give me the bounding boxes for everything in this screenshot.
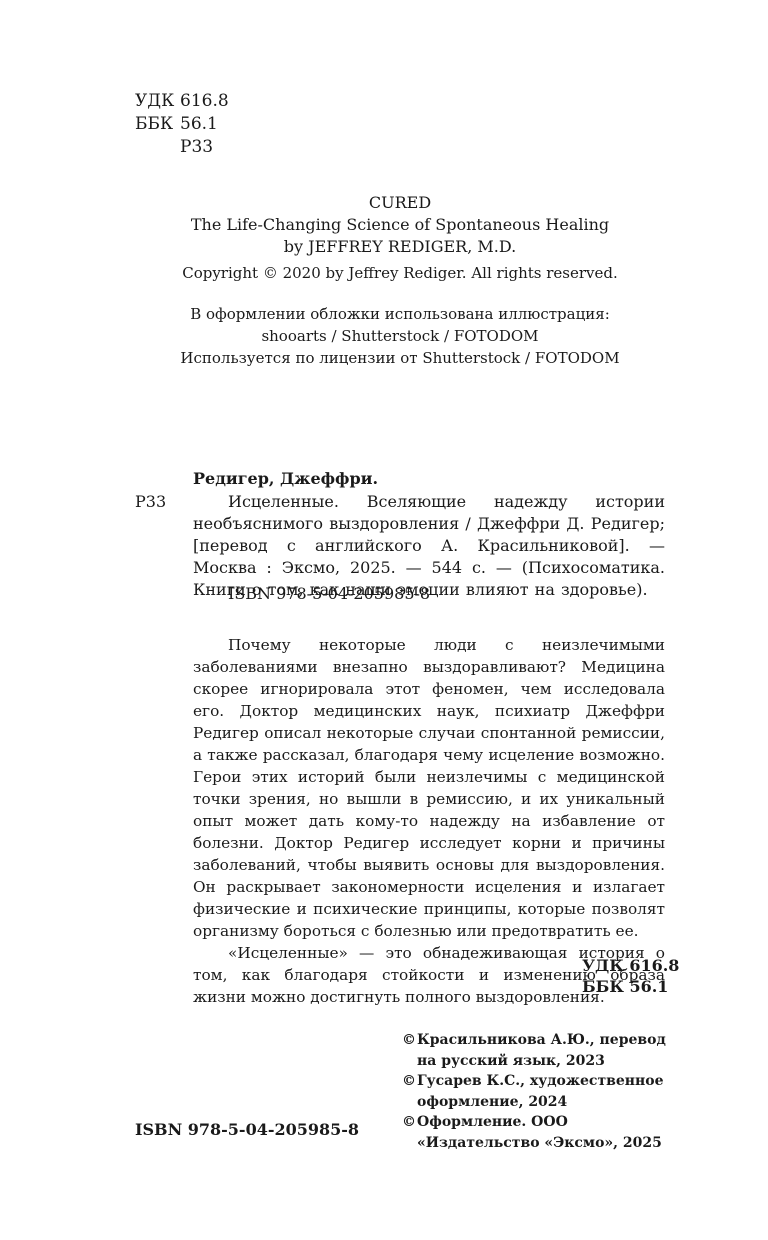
bottom-udk: УДК 616.8 [582,955,679,976]
bibliographic-author: Редигер, Джеффри. [193,468,378,490]
bibliographic-isbn: ISBN 978-5-04-205985-8 [228,583,430,605]
udk-value: 616.8 [180,90,229,113]
copyright-publisher: © Оформление. ООО «Издательство «Эксмо»,… [402,1112,682,1153]
cover-credit-line-1: В оформлении обложки использована иллюст… [150,303,650,325]
bibliographic-code: Р33 [135,491,166,513]
cover-credit-line-2: shooarts / Shutterstock / FOTODOM [150,325,650,347]
original-author: by JEFFREY REDIGER, M.D. [150,236,650,258]
original-subtitle: The Life-Changing Science of Spontaneous… [150,214,650,236]
cover-credits-block: В оформлении обложки использована иллюст… [150,303,650,369]
author-mark-row: Р33 [135,136,229,159]
bbk-label: ББК [135,113,180,136]
bottom-classification: УДК 616.8 ББК 56.1 [582,955,679,997]
copyright-design: © Гусарев К.С., художественное оформлени… [402,1071,682,1112]
isbn-bottom: ISBN 978-5-04-205985-8 [135,1120,359,1139]
classification-block: УДК 616.8 ББК 56.1 Р33 [135,90,229,159]
original-edition-block: CURED The Life-Changing Science of Spont… [150,192,650,284]
copyright-text: Красильникова А.Ю., перевод на русский я… [417,1030,682,1071]
copyright-symbol-icon: © [402,1030,417,1071]
copyright-symbol-icon: © [402,1112,417,1153]
annotation: Почему некоторые люди с неизлечимыми заб… [193,634,665,1008]
original-copyright: Copyright © 2020 by Jeffrey Rediger. All… [150,262,650,284]
udk-label: УДК [135,90,180,113]
copyright-notices: © Красильникова А.Ю., перевод на русский… [402,1030,682,1153]
author-mark-label [135,136,180,159]
author-mark-value: Р33 [180,136,213,159]
bottom-bbk: ББК 56.1 [582,976,679,997]
copyright-translation: © Красильникова А.Ю., перевод на русский… [402,1030,682,1071]
original-title: CURED [150,192,650,214]
udk-row: УДК 616.8 [135,90,229,113]
annotation-paragraph-1: Почему некоторые люди с неизлечимыми заб… [193,634,665,942]
bbk-value: 56.1 [180,113,218,136]
copyright-symbol-icon: © [402,1071,417,1112]
bbk-row: ББК 56.1 [135,113,229,136]
cover-credit-line-3: Используется по лицензии от Shutterstock… [150,347,650,369]
copyright-text: Оформление. ООО «Издательство «Эксмо», 2… [417,1112,682,1153]
copyright-text: Гусарев К.С., художественное оформление,… [417,1071,682,1112]
